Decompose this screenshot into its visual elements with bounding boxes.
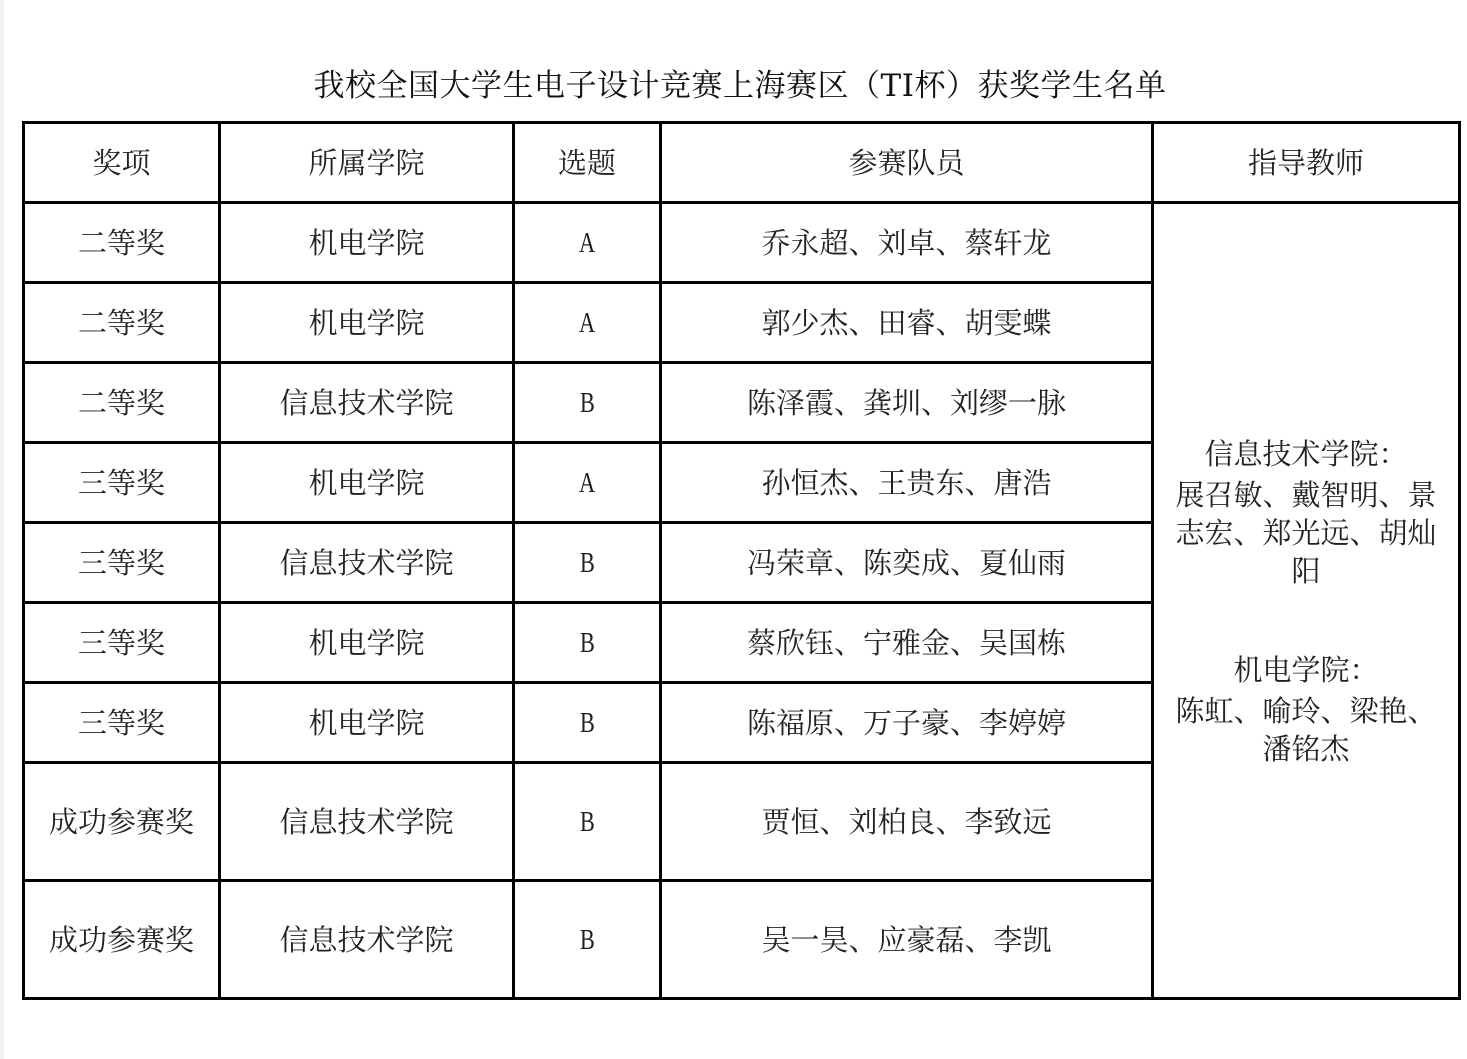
- prize-cell: 二等奖: [24, 283, 220, 363]
- college-cell: 信息技术学院: [220, 523, 514, 603]
- topic-cell: B: [514, 763, 661, 881]
- header-advisors: 指导教师: [1153, 123, 1460, 203]
- table-row: 二等奖 机电学院 A 乔永超、刘卓、蔡轩龙 信息技术学院： 展召敏、戴智明、景志…: [24, 203, 1460, 283]
- topic-cell: A: [514, 283, 661, 363]
- header-college: 所属学院: [220, 123, 514, 203]
- college-cell: 信息技术学院: [220, 363, 514, 443]
- advisor-names: 展召敏、戴智明、景志宏、郑光远、胡灿阳: [1171, 476, 1441, 590]
- awards-table: 奖项 所属学院 选题 参赛队员 指导教师 二等奖 机电学院 A 乔永超、刘卓、蔡…: [22, 121, 1461, 1000]
- topic-cell: A: [514, 443, 661, 523]
- college-cell: 机电学院: [220, 203, 514, 283]
- members-cell: 孙恒杰、王贵东、唐浩: [661, 443, 1153, 523]
- page-left-margin: [0, 0, 4, 1059]
- advisors-list: 信息技术学院： 展召敏、戴智明、景志宏、郑光远、胡灿阳 机电学院： 陈虹、喻玲、…: [1171, 434, 1441, 768]
- topic-cell: B: [514, 603, 661, 683]
- college-cell: 机电学院: [220, 683, 514, 763]
- prize-cell: 二等奖: [24, 203, 220, 283]
- prize-cell: 二等奖: [24, 363, 220, 443]
- advisor-names: 陈虹、喻玲、梁艳、潘铭杰: [1171, 692, 1441, 768]
- members-cell: 郭少杰、田睿、胡雯蝶: [661, 283, 1153, 363]
- header-members: 参赛队员: [661, 123, 1153, 203]
- advisor-dept-label: 机电学院：: [1171, 650, 1441, 690]
- college-cell: 信息技术学院: [220, 881, 514, 999]
- header-prize: 奖项: [24, 123, 220, 203]
- topic-cell: A: [514, 203, 661, 283]
- college-cell: 机电学院: [220, 603, 514, 683]
- topic-cell: B: [514, 881, 661, 999]
- table-header-row: 奖项 所属学院 选题 参赛队员 指导教师: [24, 123, 1460, 203]
- header-topic: 选题: [514, 123, 661, 203]
- college-cell: 信息技术学院: [220, 763, 514, 881]
- members-cell: 贾恒、刘柏良、李致远: [661, 763, 1153, 881]
- prize-cell: 三等奖: [24, 523, 220, 603]
- document-title: 我校全国大学生电子设计竞赛上海赛区（TI杯）获奖学生名单: [0, 62, 1467, 110]
- members-cell: 吴一昊、应豪磊、李凯: [661, 881, 1153, 999]
- members-cell: 陈福原、万子豪、李婷婷: [661, 683, 1153, 763]
- advisors-cell: 信息技术学院： 展召敏、戴智明、景志宏、郑光远、胡灿阳 机电学院： 陈虹、喻玲、…: [1153, 203, 1460, 999]
- spacer: [1171, 590, 1441, 650]
- topic-cell: B: [514, 523, 661, 603]
- prize-cell: 三等奖: [24, 683, 220, 763]
- members-cell: 冯荣章、陈奕成、夏仙雨: [661, 523, 1153, 603]
- prize-cell: 三等奖: [24, 603, 220, 683]
- members-cell: 陈泽霞、龚圳、刘缪一脉: [661, 363, 1153, 443]
- college-cell: 机电学院: [220, 443, 514, 523]
- members-cell: 乔永超、刘卓、蔡轩龙: [661, 203, 1153, 283]
- advisor-dept-label: 信息技术学院：: [1171, 434, 1441, 474]
- topic-cell: B: [514, 363, 661, 443]
- prize-cell: 成功参赛奖: [24, 763, 220, 881]
- prize-cell: 成功参赛奖: [24, 881, 220, 999]
- members-cell: 蔡欣钰、宁雅金、吴国栋: [661, 603, 1153, 683]
- topic-cell: B: [514, 683, 661, 763]
- college-cell: 机电学院: [220, 283, 514, 363]
- prize-cell: 三等奖: [24, 443, 220, 523]
